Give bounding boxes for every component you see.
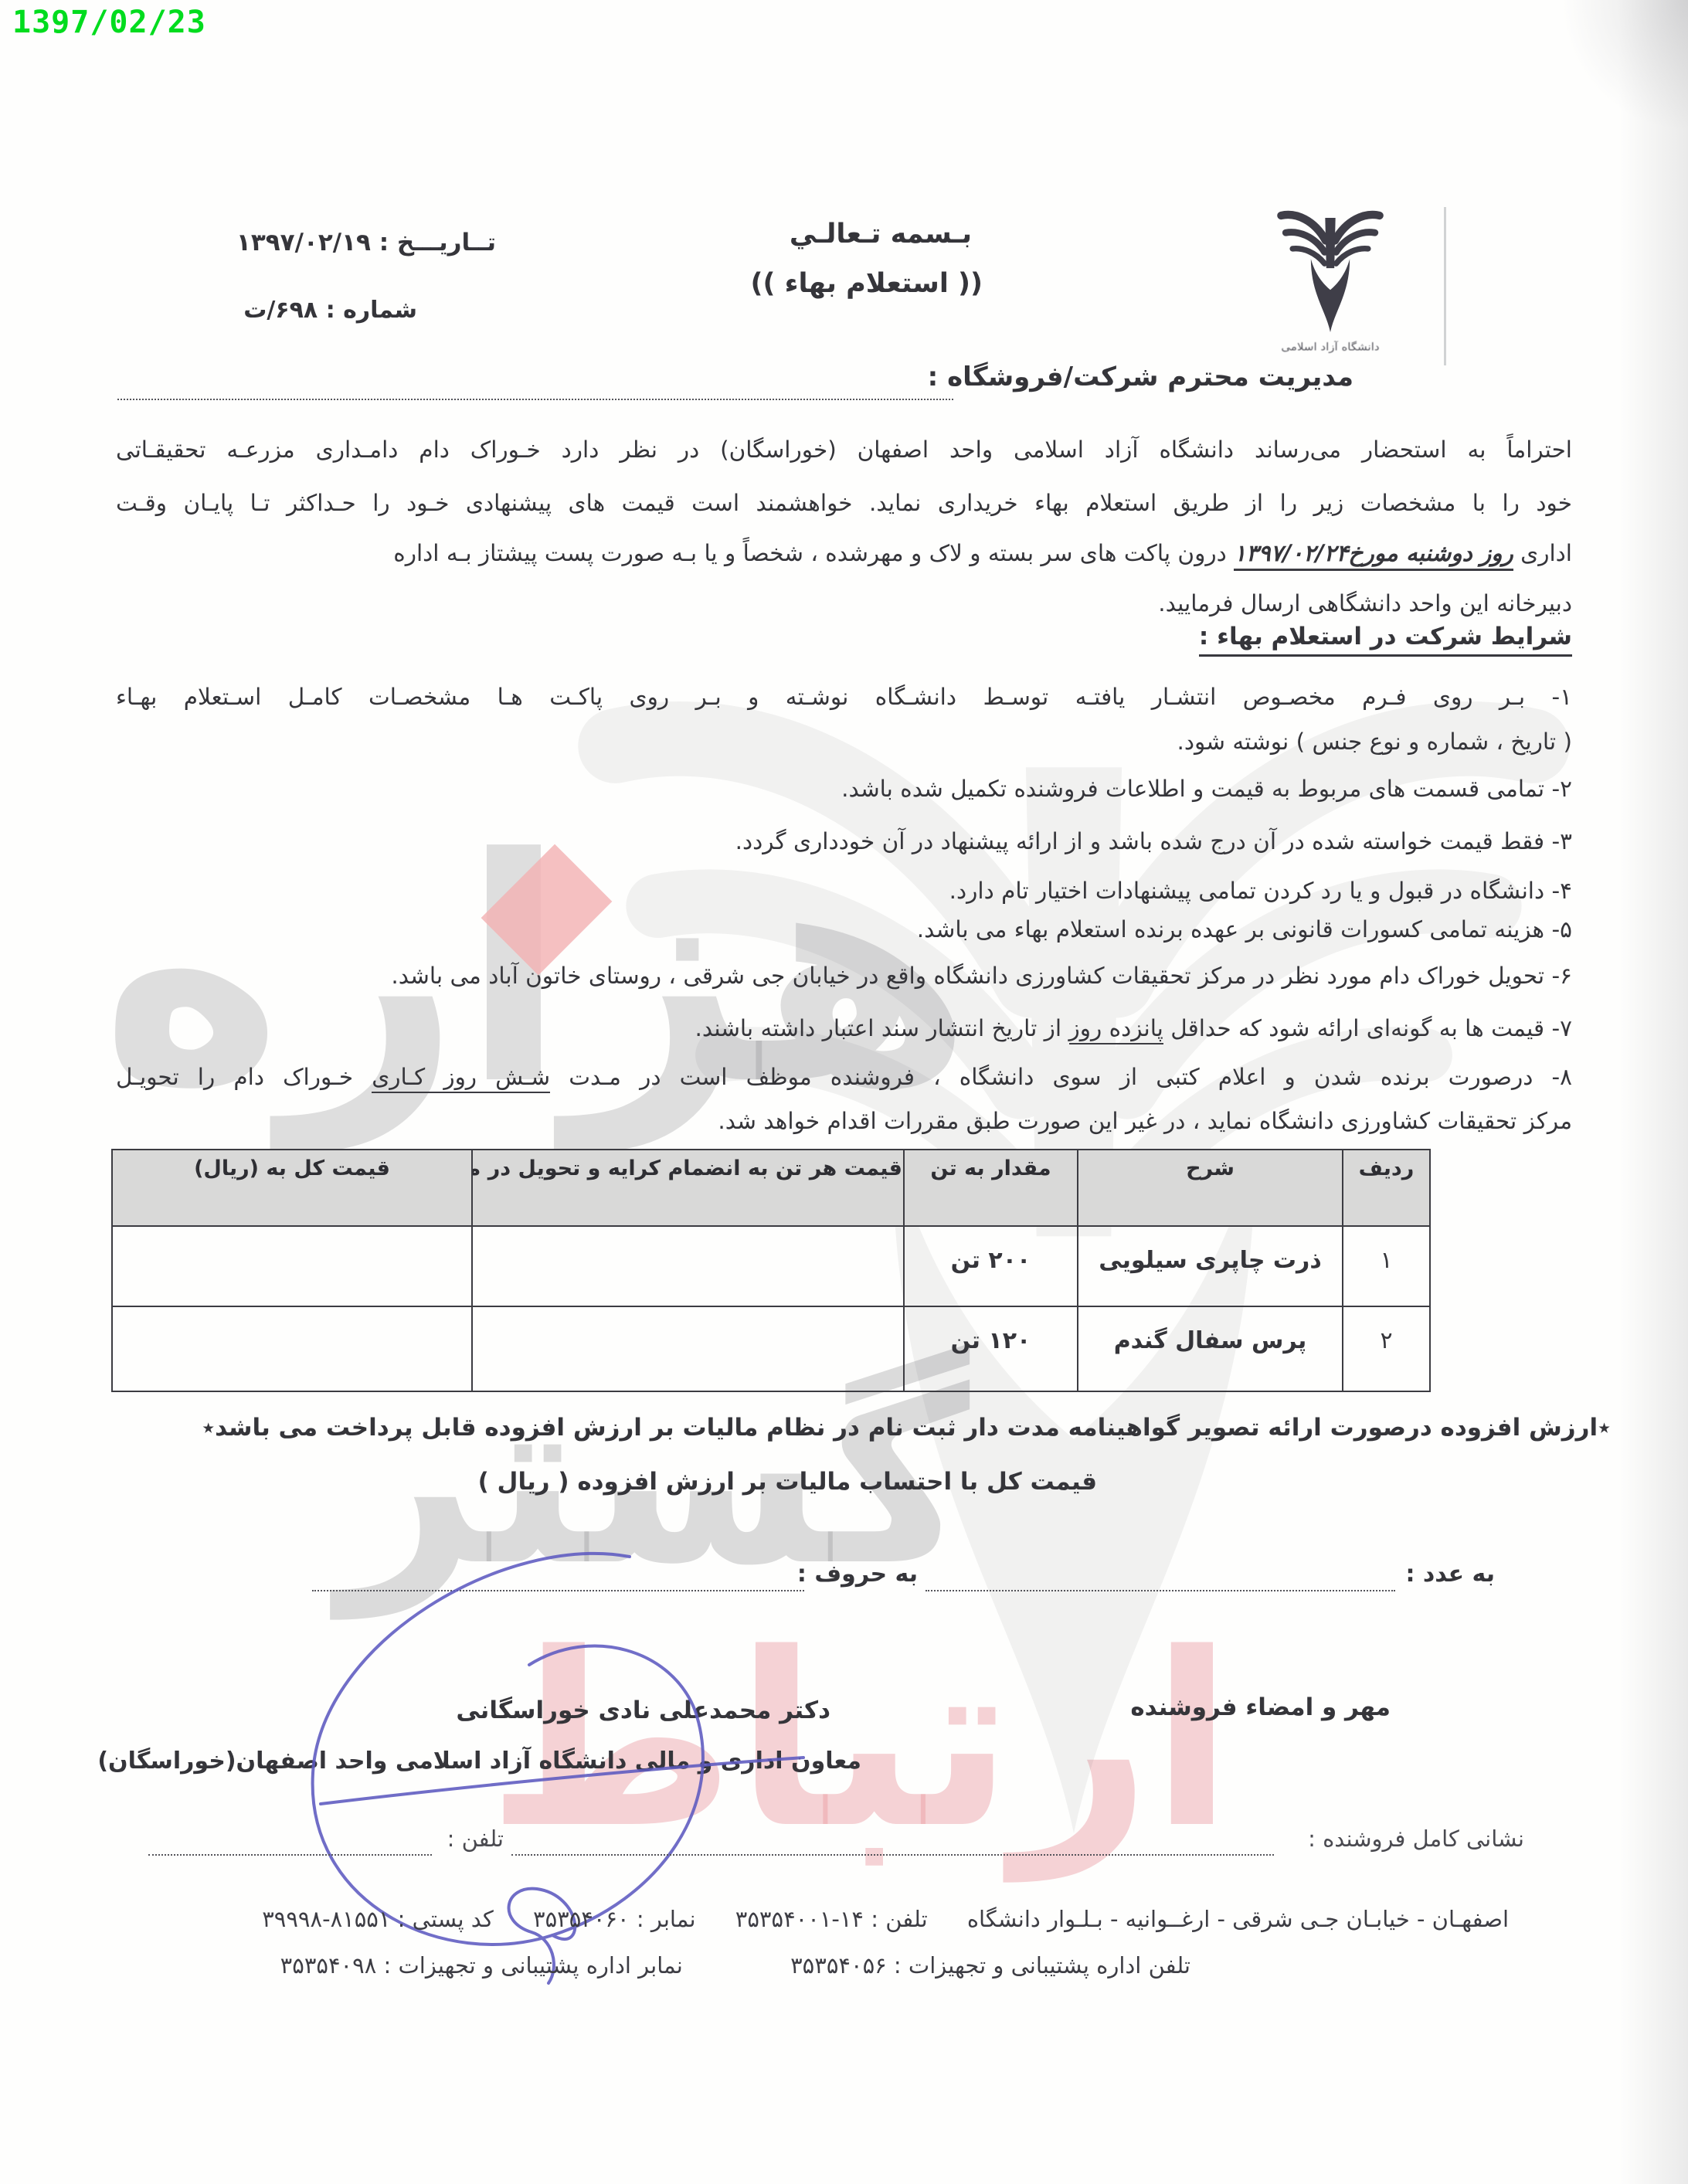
condition-7-post: از تاریخ انتشار سند اعتبار داشته باشند. <box>695 1015 1061 1041</box>
footer-support-line: تلفن اداره پشتیبانی و تجهیزات : ۳۵۳۵۴۰۵۶… <box>280 1952 1190 1979</box>
condition-7-underlined: پانزده روز <box>1069 1015 1163 1044</box>
recipient-fill-line <box>117 399 953 400</box>
amount-in-digits-fill-line <box>926 1590 1395 1591</box>
condition-7-pre: ۷- قیمت ها به گونه‌ای ارائه شود که حداقل <box>1170 1015 1572 1041</box>
condition-2: ۲- تمامی قسمت های مربوط به قیمت و اطلاعا… <box>116 776 1572 802</box>
deadline-date-underlined: روز دوشنبه مورخ۱۳۹۷/۰۲/۲۴ <box>1234 540 1513 571</box>
condition-8-continued: مرکز تحقیقات کشاورزی دانشگاه نماید ، در … <box>116 1108 1572 1134</box>
seller-stamp-signature-label: مهر و امضاء فروشنده <box>1130 1693 1391 1721</box>
document-type-title: (( استعلام بهاء )) <box>750 268 983 299</box>
table-row: ۲ پرس سفال گندم ۱۲۰ تن <box>112 1306 1430 1391</box>
footer-support-phone: تلفن اداره پشتیبانی و تجهیزات : ۳۵۳۵۴۰۵۶ <box>790 1952 1190 1979</box>
footer-phone: تلفن : ۱۴-۳۵۳۵۴۰۰۱ <box>735 1906 928 1932</box>
row2-unit-price-cell <box>472 1306 904 1391</box>
intro-line-1: احتراماً به استحضار می‌رساند دانشگاه آزا… <box>116 436 1572 463</box>
row1-unit-price-cell <box>472 1226 904 1306</box>
footer-postal-code: کد پستی : ۸۱۵۵۱-۳۹۹۹۸ <box>262 1906 494 1932</box>
table-header-row: ردیف شرح مقدار به تن قیمت هر تن به انضما… <box>112 1150 1430 1226</box>
total-with-vat-label: قیمت کل با احتساب مالیات بر ارزش افزوده … <box>478 1468 1097 1496</box>
table-row: ۱ ذرت چاپری سیلویی ۲۰۰ تن <box>112 1226 1430 1306</box>
condition-3: ۳- فقط قیمت خواسته شده در آن درج شده باش… <box>116 828 1572 854</box>
condition-7: ۷- قیمت ها به گونه‌ای ارائه شود که حداقل… <box>116 1015 1572 1041</box>
logo-calligraphy-caption: دانشگاه آزاد اسلامی <box>1276 341 1384 353</box>
letter-date-value: ۱۳۹۷/۰۲/۱۹ <box>236 229 371 256</box>
col-header-total-price: قیمت کل به (ریال) <box>112 1150 472 1226</box>
row1-number: ۱ <box>1343 1226 1430 1306</box>
row2-number: ۲ <box>1343 1306 1430 1391</box>
row2-description: پرس سفال گندم <box>1078 1306 1343 1391</box>
row1-total-cell <box>112 1226 472 1306</box>
amount-in-digits-label: به عدد : <box>1405 1561 1495 1588</box>
condition-1: ۱- بـر روی فـرم مخصـوص انتشـار یافتـه تو… <box>116 684 1572 710</box>
seller-phone-label: تلفن : <box>447 1826 504 1852</box>
condition-4: ۴- دانشگاه در قبول و یا رد کردن تمامی پی… <box>116 878 1572 904</box>
row2-total-cell <box>112 1306 472 1391</box>
seller-phone-fill-line <box>148 1854 432 1856</box>
condition-8-underlined: شـش روز کـاری <box>372 1064 550 1093</box>
col-header-quantity: مقدار به تن <box>904 1150 1078 1226</box>
intro-line-3-post: درون پاکت های سر بسته و لاک و مهرشده ، ش… <box>393 540 1226 566</box>
scan-artifact-line <box>1444 207 1446 365</box>
footer-contact-line: اصفهـان - خیابـان جـی شرقی - ارغــوانیه … <box>229 1906 1509 1932</box>
intro-line-3: اداری روز دوشنبه مورخ۱۳۹۷/۰۲/۲۴ درون پاک… <box>116 540 1572 566</box>
items-table: ردیف شرح مقدار به تن قیمت هر تن به انضما… <box>111 1149 1431 1392</box>
intro-line-4: دبیرخانه این واحد دانشگاهی ارسال فرمایید… <box>116 590 1572 616</box>
condition-8: ۸- درصورت برنده شدن و اعلام کتبی از سوی … <box>116 1064 1572 1090</box>
scanned-letter-page: هزاره گستر ارتباط 1397/02/23 تــاریـــخ … <box>0 0 1688 2184</box>
condition-8-post: خـوراک دام را تحویـل <box>116 1064 353 1090</box>
row1-description: ذرت چاپری سیلویی <box>1078 1226 1343 1306</box>
seller-address-fill-line <box>511 1854 1274 1856</box>
seller-address-label: نشانی کامل فروشنده : <box>1308 1826 1524 1852</box>
letter-number-value: ۶۹۸/ت <box>243 297 318 324</box>
col-header-description: شرح <box>1078 1150 1343 1226</box>
vat-note: ٭ارزش افزوده درصورت ارائه تصویر گواهینام… <box>202 1414 1611 1442</box>
row2-quantity: ۱۲۰ تن <box>904 1306 1078 1391</box>
letter-date-label: تــاریـــخ : <box>379 229 496 256</box>
letter-date: تــاریـــخ : ۱۳۹۷/۰۲/۱۹ <box>236 229 496 256</box>
letter-number: شماره : ۶۹۸/ت <box>243 297 417 324</box>
conditions-heading: شرایط شرکت در استعلام بهاء : <box>1199 623 1572 657</box>
condition-1-continued: ( تاریخ ، شماره و نوع جنس ) نوشته شود. <box>116 729 1572 755</box>
condition-5: ۵- هزینه تمامی کسورات قانونی بر عهده برن… <box>116 916 1572 943</box>
intro-line-3-pre: اداری <box>1520 540 1572 566</box>
condition-8-pre: ۸- درصورت برنده شدن و اعلام کتبی از سوی … <box>569 1064 1572 1090</box>
col-header-row-number: ردیف <box>1343 1150 1430 1226</box>
letter-content: 1397/02/23 تــاریـــخ : ۱۳۹۷/۰۲/۱۹ شماره… <box>0 0 1688 2184</box>
footer-support-fax: نمابر اداره پشتیبانی و تجهیزات : ۳۵۳۵۴۰۹… <box>280 1952 683 1979</box>
bismillah-text: بـسمه تـعالـي <box>790 219 972 250</box>
scan-timestamp: 1397/02/23 <box>12 5 206 40</box>
col-header-unit-price: قیمت هر تن به انضمام کرایه و تحویل در مح… <box>472 1150 904 1226</box>
footer-address: اصفهـان - خیابـان جـی شرقی - ارغــوانیه … <box>967 1906 1509 1932</box>
footer-fax: نمابر : ۳۵۳۵۴۰۶۰ <box>533 1906 696 1932</box>
azad-university-logo <box>1273 201 1387 345</box>
row1-quantity: ۲۰۰ تن <box>904 1226 1078 1306</box>
condition-6: ۶- تحویل خوراک دام مورد نظر در مرکز تحقی… <box>116 963 1572 989</box>
intro-line-2: خود را با مشخصات زیر را از طریق استعلام … <box>116 490 1572 516</box>
recipient-label: مدیریت محترم شرکت/فروشگاه : <box>928 362 1353 392</box>
letter-number-label: شماره : <box>326 297 417 324</box>
